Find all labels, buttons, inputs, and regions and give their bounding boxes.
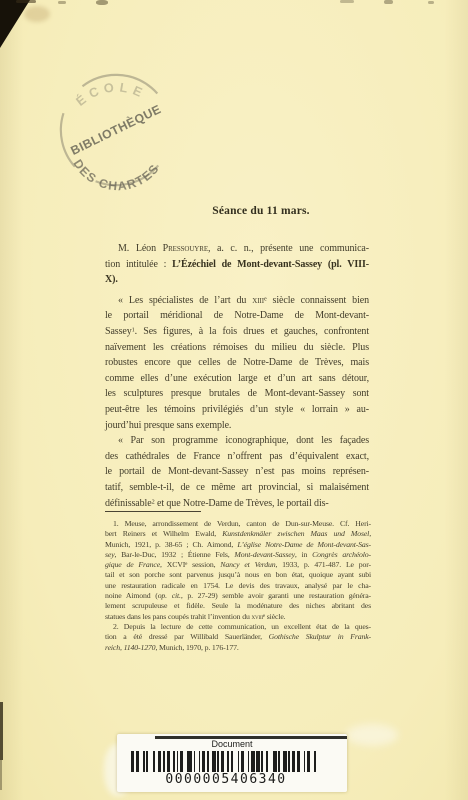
footnotes: 1. Meuse, arrondissement de Verdun, cant… bbox=[105, 519, 371, 653]
text-line: Munich, 1921, p. 38-65 ; Ch. Aimond, L’é… bbox=[105, 540, 371, 550]
text-line: statues dans les pans coupés trahit l’in… bbox=[105, 612, 371, 622]
stamp-middle-text: BIBLIOTHÈQUE bbox=[68, 101, 163, 158]
text-line: comme elles d’une exécution large et d’u… bbox=[105, 371, 369, 387]
barcode-number: 0000005406340 bbox=[123, 772, 329, 787]
svg-text:DES CHARTES: DES CHARTES bbox=[70, 157, 162, 194]
text-line: M. Léon Pressouyre, a. c. n., présente u… bbox=[105, 241, 369, 257]
stamp-bottom-text: DES CHARTES bbox=[70, 157, 162, 194]
footnote-rule bbox=[105, 511, 201, 512]
text-line: bert Reiners et Wilhelm Ewald, Kunstdenk… bbox=[105, 529, 371, 539]
text-line: sey, Bar-le-Duc, 1932 ; Étienne Fels, Mo… bbox=[105, 550, 371, 560]
scan-artifact bbox=[96, 0, 108, 5]
body-text: M. Léon Pressouyre, a. c. n., présente u… bbox=[105, 241, 369, 511]
barcode-label: Document 0000005406340 bbox=[117, 734, 347, 792]
paragraph: 1. Meuse, arrondissement de Verdun, cant… bbox=[105, 519, 371, 622]
scan-artifact bbox=[340, 0, 354, 3]
text-line: X). bbox=[105, 272, 369, 288]
scan-artifact bbox=[16, 0, 36, 3]
scan-artifact bbox=[346, 724, 398, 746]
scan-corner-artifact bbox=[0, 0, 30, 48]
text-line: « Par son programme iconographique, dont… bbox=[105, 433, 369, 449]
text-line: reich, 1140-1270, Munich, 1970, p. 176-1… bbox=[105, 643, 371, 653]
text-line: tail et son porche sont parvenus jusqu’à… bbox=[105, 570, 371, 580]
session-heading: Séance du 11 mars. bbox=[105, 205, 369, 217]
text-line: peut-être les témoins privilégiés d’un s… bbox=[105, 402, 369, 418]
text-line: 1. Meuse, arrondissement de Verdun, cant… bbox=[105, 519, 371, 529]
scan-artifact bbox=[24, 6, 50, 22]
scan-artifact bbox=[0, 760, 2, 790]
text-line: 2. Depuis la lecture de cette communicat… bbox=[105, 622, 371, 632]
gap bbox=[316, 751, 319, 772]
library-stamp: ÉCOLE BIBLIOTHÈQUE DES CHARTES bbox=[52, 66, 180, 194]
scan-artifact bbox=[384, 0, 393, 4]
scan-artifact bbox=[0, 702, 3, 760]
text-line: le portail méridional de Notre-Dame de M… bbox=[105, 308, 369, 324]
text-line: « Les spécialistes de l’art du xiiie siè… bbox=[105, 293, 369, 309]
scan-artifact bbox=[428, 1, 434, 4]
text-line: naïvement les créations rémoises du mili… bbox=[105, 340, 369, 356]
text-line: tatif, semble-t-il, de ce même art provi… bbox=[105, 480, 369, 496]
text-line: le portail de Mont-devant-Sassey n’est p… bbox=[105, 464, 369, 480]
paragraph: M. Léon Pressouyre, a. c. n., présente u… bbox=[105, 241, 369, 288]
scan-artifact bbox=[58, 1, 66, 4]
barcode-title: Document bbox=[117, 739, 347, 749]
text-line: une restauration radicale en 1754. Le de… bbox=[105, 581, 371, 591]
text-line: lement scrupuleuse et fidèle. Seule la m… bbox=[105, 601, 371, 611]
text-line: robustes encore que celles de Notre-Dame… bbox=[105, 355, 369, 371]
text-line: tion intitulée : L’Ézéchiel de Mont-deva… bbox=[105, 257, 369, 273]
scanned-page: ÉCOLE BIBLIOTHÈQUE DES CHARTES Séance du… bbox=[0, 0, 468, 800]
text-line: noine Aimond (op. cit., p. 27-29) semble… bbox=[105, 591, 371, 601]
paragraph: 2. Depuis la lecture de cette communicat… bbox=[105, 622, 371, 653]
text-line: des cathédrales de France n’offrent pas … bbox=[105, 449, 369, 465]
paragraph: « Les spécialistes de l’art du xiiie siè… bbox=[105, 293, 369, 433]
paragraph: « Par son programme iconographique, dont… bbox=[105, 433, 369, 511]
text-line: gique de France, XCVIe session, Nancy et… bbox=[105, 560, 371, 570]
text-line: les sculptures presque brutales de Mont-… bbox=[105, 386, 369, 402]
text-line: définissable2 et que Notre-Dame de Trève… bbox=[105, 496, 369, 512]
barcode-bars bbox=[131, 751, 333, 772]
text-line: Sassey1. Ses figures, à la fois drues et… bbox=[105, 324, 369, 340]
text-line: jourd’hui presque sans exemple. bbox=[105, 418, 369, 434]
text-line: tion a été dressé par Willibald Sauerlän… bbox=[105, 632, 371, 642]
stamp-graphic: ÉCOLE BIBLIOTHÈQUE DES CHARTES bbox=[52, 66, 180, 194]
